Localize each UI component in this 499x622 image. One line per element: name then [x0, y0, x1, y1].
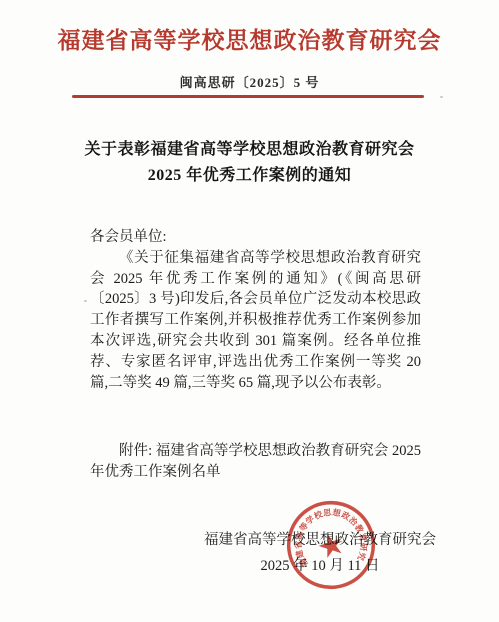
notice-title: 关于表彰福建省高等学校思想政治教育研究会 2025 年优秀工作案例的通知	[0, 137, 499, 189]
scan-speck	[440, 96, 443, 98]
signature-date: 2025 年 10 月 11 日	[203, 553, 437, 579]
signature-org: 福建省高等学校思想政治教育研究会	[203, 527, 437, 553]
document-page: 福建省高等学校思想政治教育研究会 闽高思研〔2025〕5 号 关于表彰福建省高等…	[0, 0, 499, 622]
attachment-line: 附件: 福建省高等学校思想政治教育研究会 2025 年优秀工作案例名单	[90, 441, 421, 483]
letterhead-divider	[72, 95, 424, 98]
attachment-section: 附件: 福建省高等学校思想政治教育研究会 2025 年优秀工作案例名单	[90, 441, 421, 483]
scan-speck	[84, 300, 87, 302]
salutation: 各会员单位:	[90, 227, 421, 248]
notice-title-line2: 2025 年优秀工作案例的通知	[0, 163, 499, 189]
notice-title-line1: 关于表彰福建省高等学校思想政治教育研究会	[0, 137, 499, 163]
letterhead-org-name: 福建省高等学校思想政治教育研究会	[0, 22, 499, 55]
doc-number: 闽高思研〔2025〕5 号	[0, 72, 499, 91]
body-paragraph: 《关于征集福建省高等学校思想政治教育研究会 2025 年优秀工作案例的通知》(《…	[90, 248, 421, 394]
signature-block: 福建省高等学校思想政治教育研究会 2025 年 10 月 11 日	[203, 527, 437, 579]
notice-body: 各会员单位: 《关于征集福建省高等学校思想政治教育研究会 2025 年优秀工作案…	[90, 227, 421, 393]
